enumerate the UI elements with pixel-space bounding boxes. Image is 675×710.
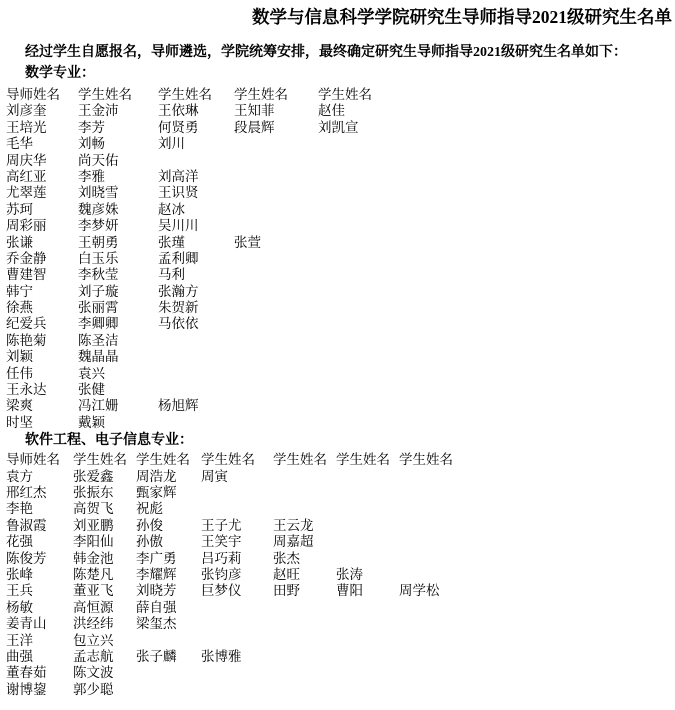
student-name-cell [234, 136, 318, 152]
student-name-cell [336, 665, 399, 681]
student-name-cell: 刘畅 [78, 136, 158, 152]
student-name-cell: 尚天佑 [78, 153, 158, 169]
student-name-cell: 白玉乐 [78, 251, 158, 267]
advisor-name-cell: 纪爱兵 [6, 316, 78, 332]
student-name-cell [234, 202, 318, 218]
table-header-row: 导师姓名学生姓名学生姓名学生姓名学生姓名学生姓名学生姓名 [6, 452, 675, 468]
student-name-cell: 王云龙 [273, 518, 336, 534]
student-name-cell: 赵佳 [318, 103, 675, 119]
table-row: 梁爽冯江姗杨旭辉 [6, 398, 675, 414]
advisor-name-cell: 花强 [6, 534, 73, 550]
student-name-cell [318, 316, 675, 332]
student-name-cell: 王子尤 [201, 518, 273, 534]
section-math-heading: 数学专业： [25, 65, 675, 82]
student-name-cell [234, 333, 318, 349]
student-name-cell: 张丽霄 [78, 300, 158, 316]
section-math: 数学专业： 导师姓名学生姓名学生姓名学生姓名学生姓名刘彦奎王金沛王依琳王知菲赵佳… [0, 65, 675, 431]
advisor-name-cell: 张峰 [6, 567, 73, 583]
student-name-cell: 张博雅 [201, 649, 273, 665]
student-name-cell: 段晨辉 [234, 120, 318, 136]
student-name-cell [158, 153, 234, 169]
student-name-cell [234, 366, 318, 382]
student-name-cell: 李广勇 [136, 551, 201, 567]
student-name-cell [273, 649, 336, 665]
student-name-cell [273, 633, 336, 649]
student-name-cell [234, 284, 318, 300]
student-name-cell [318, 267, 675, 283]
advisor-name-cell: 徐燕 [6, 300, 78, 316]
student-name-cell [336, 551, 399, 567]
advisor-name-cell: 鲁淑霞 [6, 518, 73, 534]
table-row: 袁方张爱鑫周浩龙周寅 [6, 469, 675, 485]
table-row: 王洋包立兴 [6, 633, 675, 649]
table-row: 乔金静白玉乐孟利卿 [6, 251, 675, 267]
student-name-cell: 梁玺杰 [136, 616, 201, 632]
student-name-cell: 赵冰 [158, 202, 234, 218]
student-name-cell: 张爱鑫 [73, 469, 136, 485]
student-name-cell [336, 633, 399, 649]
student-name-cell [273, 501, 336, 517]
student-name-cell: 戴颖 [78, 415, 158, 431]
advisor-name-cell: 王培光 [6, 120, 78, 136]
student-name-cell [318, 235, 675, 251]
advisor-name-cell: 王兵 [6, 583, 73, 599]
student-name-cell: 孟志航 [73, 649, 136, 665]
student-name-cell [399, 501, 675, 517]
table-row: 周庆华尚天佑 [6, 153, 675, 169]
advisor-name-cell: 周庆华 [6, 153, 78, 169]
table-header-row: 导师姓名学生姓名学生姓名学生姓名学生姓名 [6, 87, 675, 103]
student-name-cell [234, 153, 318, 169]
student-name-cell [318, 366, 675, 382]
student-name-cell: 王依琳 [158, 103, 234, 119]
advisor-name-cell: 邢红杰 [6, 485, 73, 501]
student-name-cell: 高恒源 [73, 600, 136, 616]
student-name-cell [234, 251, 318, 267]
advisor-name-cell: 时坚 [6, 415, 78, 431]
student-name-cell: 祝彪 [136, 501, 201, 517]
table-row: 任伟袁兴 [6, 366, 675, 382]
student-name-cell: 张振东 [73, 485, 136, 501]
student-name-cell [201, 682, 273, 698]
student-name-cell [399, 649, 675, 665]
student-name-cell [318, 185, 675, 201]
student-header-cell: 学生姓名 [158, 87, 234, 103]
student-name-cell [136, 665, 201, 681]
student-name-cell: 李芳 [78, 120, 158, 136]
student-name-cell [318, 218, 675, 234]
table-row: 刘彦奎王金沛王依琳王知菲赵佳 [6, 103, 675, 119]
advisor-name-cell: 谢博鋆 [6, 682, 73, 698]
advisor-name-cell: 董春茹 [6, 665, 73, 681]
table-row: 尤翠莲刘晓雪王识贤 [6, 185, 675, 201]
student-name-cell [158, 366, 234, 382]
table-row: 陈艳菊陈圣洁 [6, 333, 675, 349]
student-name-cell [318, 300, 675, 316]
student-name-cell [273, 485, 336, 501]
student-header-cell: 学生姓名 [73, 452, 136, 468]
student-name-cell: 李卿卿 [78, 316, 158, 332]
advisor-name-cell: 韩宁 [6, 284, 78, 300]
student-name-cell: 朱贺新 [158, 300, 234, 316]
student-name-cell: 刘子璇 [78, 284, 158, 300]
student-name-cell [201, 633, 273, 649]
student-name-cell [336, 518, 399, 534]
student-name-cell [234, 398, 318, 414]
student-name-cell [234, 218, 318, 234]
student-name-cell [336, 501, 399, 517]
student-name-cell: 袁兴 [78, 366, 158, 382]
student-name-cell [399, 665, 675, 681]
section-software-heading: 软件工程、电子信息专业： [25, 432, 675, 449]
student-name-cell: 张涛 [336, 567, 399, 583]
table-row: 张峰陈楚凡李耀辉张钧彦赵旺张涛 [6, 567, 675, 583]
student-name-cell [201, 616, 273, 632]
student-name-cell: 杨旭辉 [158, 398, 234, 414]
advisor-name-cell: 尤翠莲 [6, 185, 78, 201]
advisor-name-cell: 任伟 [6, 366, 78, 382]
advisor-name-cell: 梁爽 [6, 398, 78, 414]
student-name-cell: 刘川 [158, 136, 234, 152]
student-name-cell [318, 202, 675, 218]
advisor-name-cell: 杨敏 [6, 600, 73, 616]
table-row: 高红亚李雅刘高洋 [6, 169, 675, 185]
student-name-cell: 曹阳 [336, 583, 399, 599]
student-name-cell [399, 567, 675, 583]
student-name-cell: 董亚飞 [73, 583, 136, 599]
advisor-name-cell: 曹建智 [6, 267, 78, 283]
student-name-cell [318, 382, 675, 398]
student-name-cell [399, 485, 675, 501]
student-name-cell: 高贺飞 [73, 501, 136, 517]
student-name-cell [336, 682, 399, 698]
student-header-cell: 学生姓名 [318, 87, 675, 103]
advisor-name-cell: 陈俊芳 [6, 551, 73, 567]
student-name-cell: 李秋莹 [78, 267, 158, 283]
software-advisor-table: 导师姓名学生姓名学生姓名学生姓名学生姓名学生姓名学生姓名袁方张爱鑫周浩龙周寅邢红… [0, 452, 675, 698]
student-name-cell [399, 469, 675, 485]
student-name-cell [336, 534, 399, 550]
table-row: 韩宁刘子璇张瀚方 [6, 284, 675, 300]
student-header-cell: 学生姓名 [399, 452, 675, 468]
student-name-cell: 陈楚凡 [73, 567, 136, 583]
student-name-cell: 王笑宇 [201, 534, 273, 550]
student-name-cell: 刘亚鹏 [73, 518, 136, 534]
student-name-cell [201, 600, 273, 616]
student-name-cell [336, 485, 399, 501]
document-page: 数学与信息科学学院研究生导师指导2021级研究生名单 经过学生自愿报名，导师遴选… [0, 0, 675, 710]
advisor-name-cell: 李艳 [6, 501, 73, 517]
student-name-cell [273, 665, 336, 681]
student-name-cell: 周浩龙 [136, 469, 201, 485]
table-row: 鲁淑霞刘亚鹏孙俊王子尤王云龙 [6, 518, 675, 534]
table-row: 曹建智李秋莹马利 [6, 267, 675, 283]
student-name-cell [318, 251, 675, 267]
page-title: 数学与信息科学学院研究生导师指导2021级研究生名单 [0, 7, 672, 28]
table-row: 邢红杰张振东甄家辉 [6, 485, 675, 501]
student-name-cell: 包立兴 [73, 633, 136, 649]
table-row: 苏珂魏彦姝赵冰 [6, 202, 675, 218]
student-name-cell [399, 600, 675, 616]
table-row: 陈俊芳韩金池李广勇吕巧莉张杰 [6, 551, 675, 567]
student-name-cell [158, 349, 234, 365]
student-name-cell [234, 415, 318, 431]
section-software: 软件工程、电子信息专业： 导师姓名学生姓名学生姓名学生姓名学生姓名学生姓名学生姓… [0, 432, 675, 698]
advisor-name-cell: 陈艳菊 [6, 333, 78, 349]
advisor-name-cell: 周彩丽 [6, 218, 78, 234]
advisor-name-cell: 毛华 [6, 136, 78, 152]
student-name-cell [273, 616, 336, 632]
student-name-cell [273, 682, 336, 698]
student-name-cell [234, 169, 318, 185]
student-name-cell [318, 415, 675, 431]
table-row: 周彩丽李梦妍吴川川 [6, 218, 675, 234]
student-name-cell: 何贤勇 [158, 120, 234, 136]
student-name-cell: 甄家辉 [136, 485, 201, 501]
student-name-cell [158, 333, 234, 349]
advisor-name-cell: 张谦 [6, 235, 78, 251]
student-name-cell: 马利 [158, 267, 234, 283]
student-name-cell [136, 633, 201, 649]
table-row: 杨敏高恒源薛自强 [6, 600, 675, 616]
advisor-name-cell: 王永达 [6, 382, 78, 398]
intro-paragraph: 经过学生自愿报名，导师遴选，学院统筹安排，最终确定研究生导师指导2021级研究生… [25, 44, 675, 61]
student-name-cell: 张杰 [273, 551, 336, 567]
student-name-cell [234, 349, 318, 365]
advisor-name-cell: 王洋 [6, 633, 73, 649]
student-name-cell: 张瀚方 [158, 284, 234, 300]
advisor-name-cell: 乔金静 [6, 251, 78, 267]
student-name-cell: 张萱 [234, 235, 318, 251]
student-name-cell: 郭少聪 [73, 682, 136, 698]
student-name-cell [336, 469, 399, 485]
student-name-cell: 田野 [273, 583, 336, 599]
student-name-cell [201, 665, 273, 681]
advisor-header-cell: 导师姓名 [6, 87, 78, 103]
student-name-cell [399, 534, 675, 550]
table-row: 曲强孟志航张子麟张博雅 [6, 649, 675, 665]
student-name-cell [399, 682, 675, 698]
student-name-cell [336, 616, 399, 632]
student-name-cell [318, 153, 675, 169]
table-row: 王永达张健 [6, 382, 675, 398]
table-row: 王兵董亚飞刘晓芳巨梦仪田野曹阳周学松 [6, 583, 675, 599]
student-name-cell: 王知菲 [234, 103, 318, 119]
student-name-cell [158, 415, 234, 431]
student-name-cell: 吕巧莉 [201, 551, 273, 567]
student-name-cell: 张健 [78, 382, 158, 398]
student-name-cell: 刘晓雪 [78, 185, 158, 201]
student-name-cell: 李阳仙 [73, 534, 136, 550]
student-header-cell: 学生姓名 [234, 87, 318, 103]
student-name-cell: 周寅 [201, 469, 273, 485]
table-row: 毛华刘畅刘川 [6, 136, 675, 152]
student-name-cell: 韩金池 [73, 551, 136, 567]
student-name-cell [318, 169, 675, 185]
student-name-cell: 马依依 [158, 316, 234, 332]
student-name-cell: 李耀辉 [136, 567, 201, 583]
advisor-name-cell: 高红亚 [6, 169, 78, 185]
student-name-cell: 魏晶晶 [78, 349, 158, 365]
table-row: 时坚戴颖 [6, 415, 675, 431]
student-name-cell [273, 600, 336, 616]
student-name-cell: 张钧彦 [201, 567, 273, 583]
student-name-cell [234, 316, 318, 332]
student-name-cell [318, 349, 675, 365]
student-name-cell [399, 633, 675, 649]
student-name-cell [336, 600, 399, 616]
advisor-name-cell: 刘颖 [6, 349, 78, 365]
student-name-cell: 刘晓芳 [136, 583, 201, 599]
student-name-cell: 张瑾 [158, 235, 234, 251]
student-name-cell [399, 518, 675, 534]
student-header-cell: 学生姓名 [201, 452, 273, 468]
student-name-cell: 周学松 [399, 583, 675, 599]
student-name-cell: 孙傲 [136, 534, 201, 550]
student-name-cell: 洪经纬 [73, 616, 136, 632]
student-name-cell: 王朝勇 [78, 235, 158, 251]
table-row: 徐燕张丽霄朱贺新 [6, 300, 675, 316]
student-name-cell: 巨梦仪 [201, 583, 273, 599]
advisor-name-cell: 袁方 [6, 469, 73, 485]
student-name-cell: 李梦妍 [78, 218, 158, 234]
table-row: 花强李阳仙孙傲王笑宇周嘉超 [6, 534, 675, 550]
student-name-cell [318, 284, 675, 300]
table-row: 纪爱兵李卿卿马依依 [6, 316, 675, 332]
student-name-cell: 李雅 [78, 169, 158, 185]
student-header-cell: 学生姓名 [336, 452, 399, 468]
advisor-name-cell: 姜青山 [6, 616, 73, 632]
student-name-cell [318, 333, 675, 349]
student-name-cell: 魏彦姝 [78, 202, 158, 218]
student-name-cell [201, 485, 273, 501]
student-name-cell [318, 136, 675, 152]
student-name-cell: 陈文波 [73, 665, 136, 681]
student-name-cell: 刘凯宣 [318, 120, 675, 136]
table-row: 张谦王朝勇张瑾张萱 [6, 235, 675, 251]
student-name-cell: 孟利卿 [158, 251, 234, 267]
student-name-cell [318, 398, 675, 414]
student-name-cell: 陈圣洁 [78, 333, 158, 349]
student-name-cell: 薛自强 [136, 600, 201, 616]
student-name-cell [336, 649, 399, 665]
advisor-name-cell: 曲强 [6, 649, 73, 665]
student-name-cell [136, 682, 201, 698]
student-name-cell [234, 382, 318, 398]
advisor-name-cell: 苏珂 [6, 202, 78, 218]
student-name-cell: 王金沛 [78, 103, 158, 119]
student-name-cell: 冯江姗 [78, 398, 158, 414]
student-name-cell [234, 185, 318, 201]
student-name-cell: 吴川川 [158, 218, 234, 234]
advisor-name-cell: 刘彦奎 [6, 103, 78, 119]
student-name-cell [234, 300, 318, 316]
table-row: 董春茹陈文波 [6, 665, 675, 681]
table-row: 姜青山洪经纬梁玺杰 [6, 616, 675, 632]
student-name-cell: 孙俊 [136, 518, 201, 534]
table-row: 王培光李芳何贤勇段晨辉刘凯宣 [6, 120, 675, 136]
student-name-cell: 周嘉超 [273, 534, 336, 550]
student-name-cell: 赵旺 [273, 567, 336, 583]
student-name-cell: 王识贤 [158, 185, 234, 201]
student-header-cell: 学生姓名 [78, 87, 158, 103]
student-name-cell [399, 551, 675, 567]
student-name-cell [158, 382, 234, 398]
student-header-cell: 学生姓名 [273, 452, 336, 468]
math-advisor-table: 导师姓名学生姓名学生姓名学生姓名学生姓名刘彦奎王金沛王依琳王知菲赵佳王培光李芳何… [0, 87, 675, 431]
student-name-cell: 刘高洋 [158, 169, 234, 185]
student-name-cell [399, 616, 675, 632]
table-row: 谢博鋆郭少聪 [6, 682, 675, 698]
table-row: 刘颖魏晶晶 [6, 349, 675, 365]
student-header-cell: 学生姓名 [136, 452, 201, 468]
student-name-cell [234, 267, 318, 283]
advisor-header-cell: 导师姓名 [6, 452, 73, 468]
table-row: 李艳高贺飞祝彪 [6, 501, 675, 517]
student-name-cell [201, 501, 273, 517]
student-name-cell: 张子麟 [136, 649, 201, 665]
student-name-cell [273, 469, 336, 485]
